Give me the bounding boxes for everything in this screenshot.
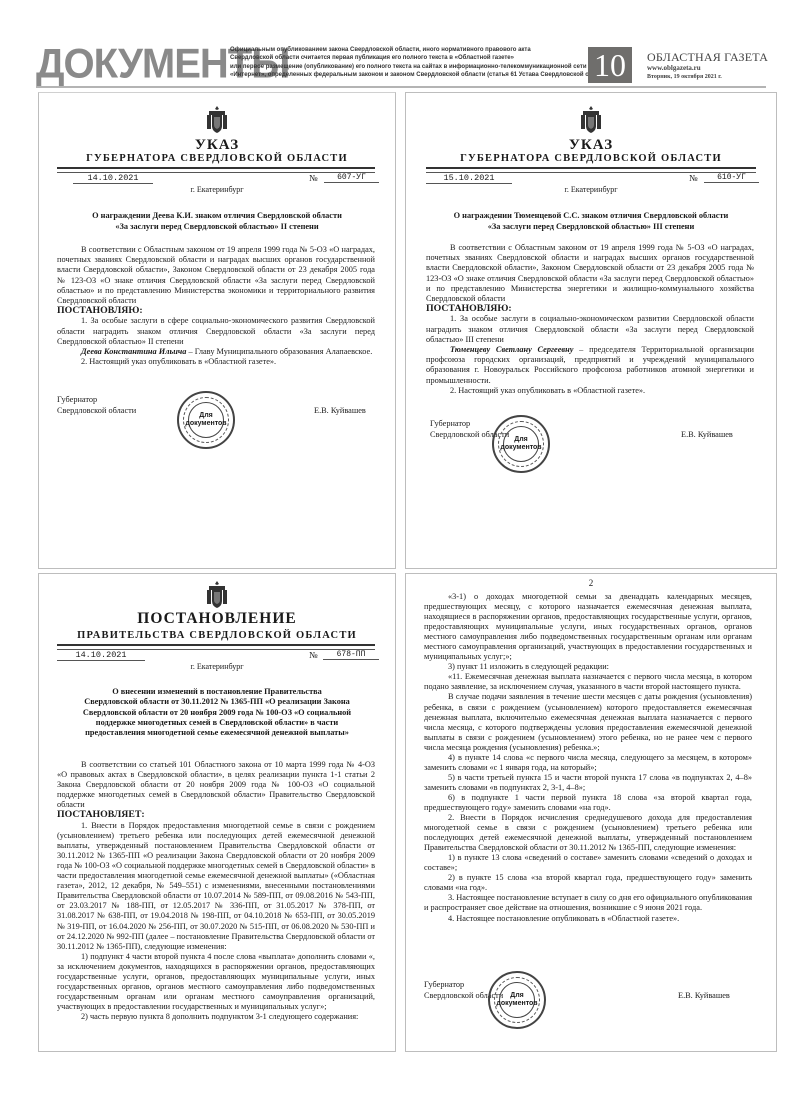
title-line: «За заслуги перед Свердловской областью»…	[49, 222, 385, 233]
document-date: 14.10.2021	[57, 650, 145, 661]
document-body: «3-1) о доходах многодетной семьи за две…	[424, 592, 752, 924]
document-body: В соответствии со статьей 101 Областного…	[57, 760, 375, 1022]
paragraph: 1) в пункте 13 слова «сведений о составе…	[424, 853, 752, 873]
document-kind: ПОСТАНОВЛЕНИЕ	[39, 610, 395, 628]
awardee-role: – Главу Муниципального образования Алапа…	[186, 347, 372, 356]
signer-name: Е.В. Куйвашев	[314, 406, 366, 415]
item-1: 1. За особые заслуги в сфере социально-э…	[57, 316, 375, 347]
paragraph: 2. Внести в Порядок исчисления среднедуш…	[424, 813, 752, 853]
paragraph: 3) пункт 11 изложить в следующей редакци…	[424, 662, 752, 672]
document-decree-610: УКАЗ ГУБЕРНАТОРА СВЕРДЛОВСКОЙ ОБЛАСТИ 15…	[405, 92, 777, 569]
document-city: г. Екатеринбург	[39, 185, 395, 194]
title-line: предоставления многодетной семье ежемеся…	[47, 728, 387, 738]
title-line: поддержке многодетных семей в Свердловск…	[47, 718, 387, 728]
awardee-name: Деева Константина Ильича	[81, 347, 186, 356]
number-label: №	[309, 173, 318, 183]
coat-of-arms-icon	[204, 105, 230, 135]
document-kind: УКАЗ	[406, 137, 776, 154]
position-line: Губернатор	[57, 395, 136, 406]
awardee-name: Тюменцеву Светлану Сергеевну	[450, 345, 573, 354]
document-city: г. Екатеринбург	[39, 662, 395, 671]
preamble: В соответствии со статьей 101 Областного…	[57, 760, 375, 810]
number-label: №	[689, 173, 698, 183]
document-title: О награждении Деева К.И. знаком отличия …	[49, 211, 385, 232]
masthead-rule	[36, 86, 766, 88]
document-kind: УКАЗ	[39, 137, 395, 154]
document-issuer: ПРАВИТЕЛЬСТВА СВЕРДЛОВСКОЙ ОБЛАСТИ	[39, 630, 395, 641]
item-2: 2. Настоящий указ опубликовать в «Област…	[426, 386, 754, 396]
paragraph: 2) часть первую пункта 8 дополнить подпу…	[57, 1012, 375, 1022]
decree-word: ПОСТАНОВЛЯЕТ:	[57, 810, 375, 820]
stamp-line: Для	[494, 436, 548, 444]
seal-stamp: Длядокументов	[492, 415, 550, 473]
notice-line: или первое размещение (опубликование) ег…	[230, 63, 590, 71]
document-decree-607: УКАЗ ГУБЕРНАТОРА СВЕРДЛОВСКОЙ ОБЛАСТИ 14…	[38, 92, 396, 569]
document-number: 610-УГ	[704, 173, 759, 183]
decree-word: ПОСТАНОВЛЯЮ:	[426, 304, 754, 314]
preamble: В соответствии с Областным законом от 19…	[57, 245, 375, 306]
document-date: 14.10.2021	[73, 173, 153, 184]
item-1: 1. За особые заслуги в социально-экономи…	[426, 314, 754, 345]
signer-name: Е.В. Куйвашев	[678, 991, 730, 1000]
stamp-line: Для	[490, 992, 544, 1000]
document-date: 15.10.2021	[426, 173, 512, 184]
paragraph: 1) подпункт 4 части второй пункта 4 посл…	[57, 952, 375, 1013]
issue-date: Вторник, 19 октября 2021 г.	[647, 74, 722, 80]
page-number: 10	[588, 47, 632, 83]
coat-of-arms-icon	[578, 105, 604, 135]
title-line: Свердловской области от 20 ноября 2009 г…	[47, 708, 387, 718]
seal-stamp: Длядокументов	[177, 391, 235, 449]
masthead: ДОКУМЕНТЫ Официальным опубликованием зак…	[0, 0, 800, 90]
item-2: 2. Настоящий указ опубликовать в «Област…	[57, 357, 375, 367]
document-body: В соответствии с Областным законом от 19…	[57, 245, 375, 367]
paragraph: 1. Внести в Порядок предоставления много…	[57, 821, 375, 952]
paper-name: ОБЛАСТНАЯ ГАЗЕТА	[647, 50, 768, 65]
signer-name: Е.В. Куйвашев	[681, 430, 733, 439]
paragraph: 4. Настоящее постановление опубликовать …	[424, 914, 752, 924]
paragraph: 5) в части третьей пункта 15 и части вто…	[424, 773, 752, 793]
title-line: О награждении Тюменцевой С.С. знаком отл…	[416, 211, 766, 222]
paper-url[interactable]: www.oblgazeta.ru	[647, 64, 701, 72]
document-issuer: ГУБЕРНАТОРА СВЕРДЛОВСКОЙ ОБЛАСТИ	[406, 153, 776, 164]
coat-of-arms-icon	[204, 580, 230, 610]
seal-stamp: Длядокументов	[488, 971, 546, 1029]
document-number: 607-УГ	[324, 173, 379, 183]
awardee: Тюменцеву Светлану Сергеевну – председат…	[426, 345, 754, 386]
position-line: Свердловской области	[57, 406, 136, 417]
title-line: О награждении Деева К.И. знаком отличия …	[49, 211, 385, 222]
document-resolution-678-page-2: 2 «3-1) о доходах многодетной семьи за д…	[405, 573, 777, 1052]
stamp-line: Для	[179, 412, 233, 420]
title-line: Свердловской области от 30.11.2012 № 136…	[47, 697, 387, 707]
notice-line: Официальным опубликованием закона Свердл…	[230, 46, 590, 54]
signature-position: Губернатор Свердловской области	[57, 395, 136, 416]
document-number: 678-ПП	[323, 650, 379, 660]
document-title: О награждении Тюменцевой С.С. знаком отл…	[416, 211, 766, 232]
paragraph: 4) в пункте 14 слова «с первого числа ме…	[424, 753, 752, 773]
decree-word: ПОСТАНОВЛЯЮ:	[57, 306, 375, 316]
publication-notice: Официальным опубликованием закона Свердл…	[230, 46, 590, 79]
title-line: «За заслуги перед Свердловской областью»…	[416, 222, 766, 233]
preamble: В соответствии с Областным законом от 19…	[426, 243, 754, 304]
stamp-line: документов	[179, 420, 233, 428]
document-body: В соответствии с Областным законом от 19…	[426, 243, 754, 396]
paragraph: «3-1) о доходах многодетной семьи за две…	[424, 592, 752, 662]
document-city: г. Екатеринбург	[406, 185, 776, 194]
paragraph: 6) в подпункте 1 части первой пункта 18 …	[424, 793, 752, 813]
number-label: №	[309, 650, 318, 660]
stamp-line: документов	[490, 1000, 544, 1008]
document-issuer: ГУБЕРНАТОРА СВЕРДЛОВСКОЙ ОБЛАСТИ	[39, 153, 395, 164]
notice-line: Свердловской области считается первая пу…	[230, 54, 590, 62]
paragraph: 3. Настоящее постановление вступает в си…	[424, 893, 752, 913]
awardee: Деева Константина Ильича – Главу Муницип…	[57, 347, 375, 357]
stamp-line: документов	[494, 444, 548, 452]
paragraph: «11. Ежемесячная денежная выплата назнач…	[424, 672, 752, 692]
paragraph: В случае подачи заявления в течение шест…	[424, 692, 752, 752]
page-number: 2	[406, 578, 776, 588]
paragraph: 2) в пункте 15 слова «за второй квартал …	[424, 873, 752, 893]
document-title: О внесении изменений в постановление Пра…	[47, 687, 387, 738]
document-resolution-678: ПОСТАНОВЛЕНИЕ ПРАВИТЕЛЬСТВА СВЕРДЛОВСКОЙ…	[38, 573, 396, 1052]
title-line: О внесении изменений в постановление Пра…	[47, 687, 387, 697]
notice-line: «Интернет», определенных федеральным зак…	[230, 71, 590, 79]
